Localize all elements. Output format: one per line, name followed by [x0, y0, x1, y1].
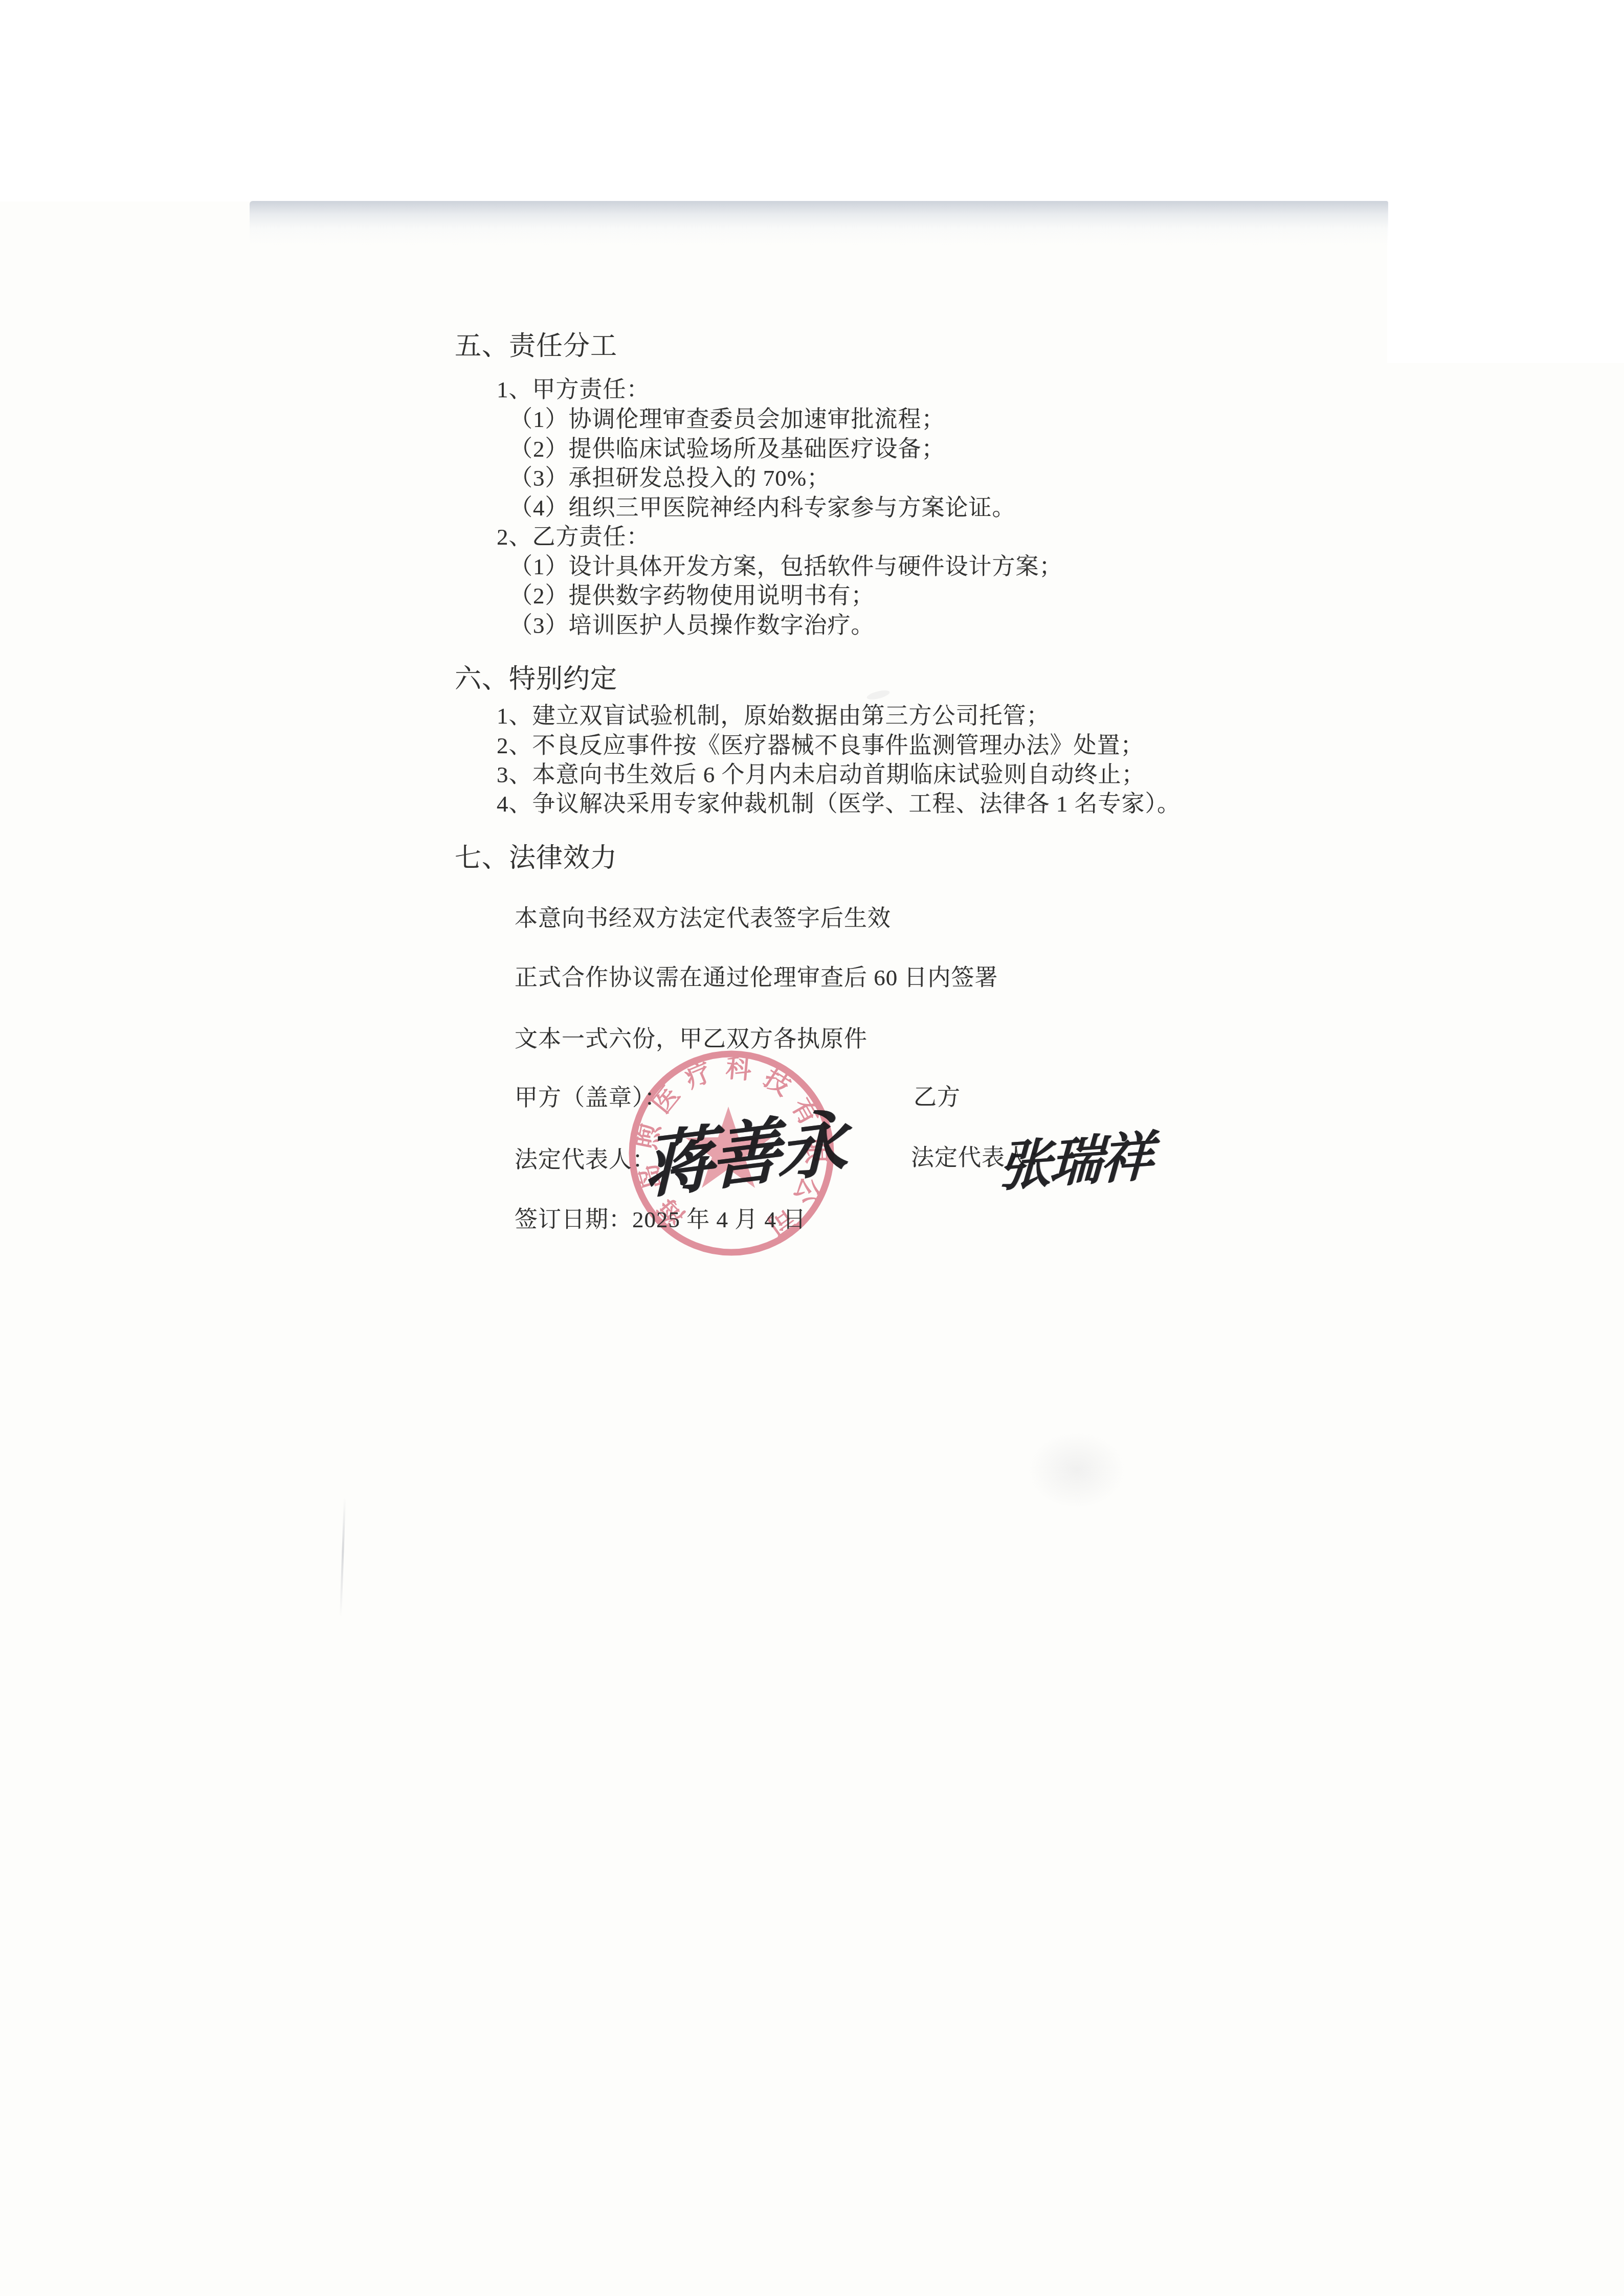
paper-crease-artifact [1028, 1432, 1125, 1509]
section-7-paragraph: 本意向书经双方法定代表签字后生效 [515, 907, 891, 930]
section-6-item: 2、不良反应事件按《医疗器械不良事件监测管理办法》处置； [497, 734, 1144, 757]
section-5-item: （4）组织三甲医院神经内科专家参与方案论证。 [509, 497, 1016, 520]
section-5-item: （2）提供数字药物使用说明书有； [509, 584, 875, 607]
section-5-item: （1）协调伦理审查委员会加速审批流程； [509, 408, 945, 431]
section-5-item: （3）承担研发总投入的 70%； [509, 467, 830, 490]
party-b-signature: 张瑞祥 [997, 1113, 1153, 1201]
section-7-paragraph: 正式合作协议需在通过伦理审查后 60 日内签署 [515, 966, 998, 989]
scan-background-top [0, 0, 1624, 201]
section-6-heading: 六、特别约定 [455, 666, 617, 693]
scanned-document-page: 五、责任分工 1、甲方责任： （1）协调伦理审查委员会加速审批流程； （2）提供… [0, 0, 1624, 2296]
section-5-item: （1）设计具体开发方案，包括软件与硬件设计方案； [509, 555, 1063, 578]
section-6-item: 3、本意向书生效后 6 个月内未启动首期临床试验则自动终止； [497, 763, 1145, 786]
signing-date-line: 签订日期：2025 年 4 月 4 日 [515, 1208, 806, 1231]
section-5-heading: 五、责任分工 [455, 333, 617, 360]
scan-background-top-right [1387, 199, 1624, 363]
legal-rep-label-party-a: 法定代表人： [515, 1149, 656, 1172]
section-5-item: 2、乙方责任： [497, 526, 650, 549]
section-6-item: 1、建立双盲试验机制，原始数据由第三方公司托管； [497, 705, 1050, 728]
section-6-item: 4、争议解决采用专家仲裁机制（医学、工程、法律各 1 名专家）。 [497, 793, 1181, 816]
party-b-label: 乙方 [914, 1086, 961, 1109]
section-5-item: 1、甲方责任： [497, 378, 650, 401]
section-5-item: （2）提供临床试验场所及基础医疗设备； [509, 438, 945, 461]
section-7-heading: 七、法律效力 [455, 845, 617, 872]
paper-top-edge-shadow [250, 201, 1388, 245]
section-5-item: （3）培训医护人员操作数字治疗。 [509, 614, 875, 637]
party-a-label: 甲方（盖章）： [515, 1087, 668, 1110]
